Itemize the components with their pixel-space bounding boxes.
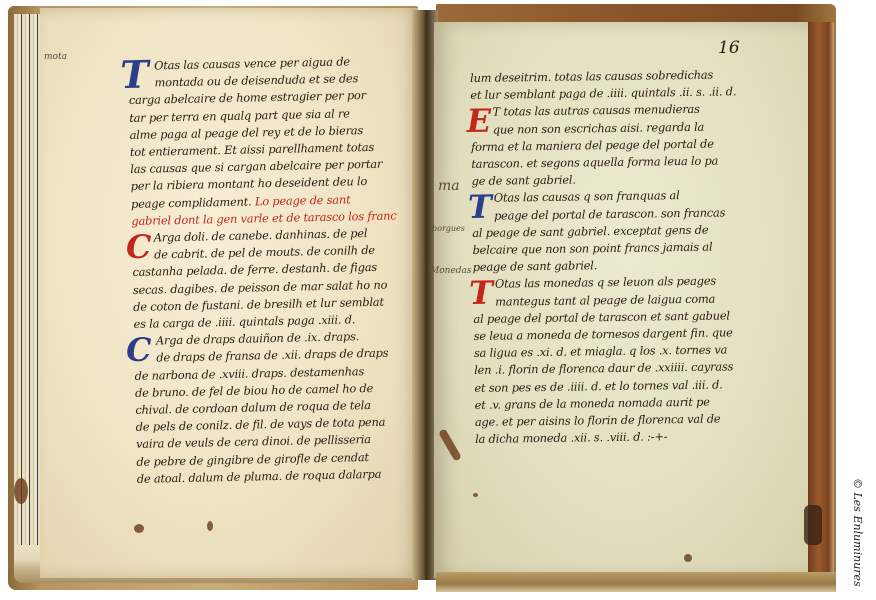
- decorated-initial: T: [468, 188, 492, 226]
- right-margin-note: borgues: [432, 224, 465, 233]
- stain: [207, 521, 213, 531]
- right-binding-edge: [808, 22, 834, 578]
- text-line: que non son escrichas aisi. regarda la: [493, 118, 751, 139]
- manuscript-photo: mota T Otas las causas vence per aigua d…: [0, 0, 876, 600]
- copyright-text: © Les Enluminures: [851, 478, 864, 587]
- copyright-credit: © Les Enluminures: [852, 478, 866, 590]
- decorated-initial: C: [126, 331, 152, 370]
- stain: [14, 478, 28, 504]
- folio-number: 16: [718, 38, 740, 58]
- right-page-text: lum deseitrim. totas las causas sobredic…: [470, 66, 755, 448]
- decorated-initial: E: [466, 102, 491, 140]
- left-margin-note: mota: [44, 52, 67, 62]
- right-margin-note: Monedas: [430, 266, 472, 276]
- right-margin-note: ma: [438, 178, 460, 194]
- text-line: mantegus tant al peage de laigua coma: [495, 290, 753, 311]
- stain: [473, 493, 478, 497]
- stain: [684, 554, 692, 562]
- stain: [804, 505, 822, 545]
- bottom-binding-edge: [436, 572, 836, 592]
- stain: [134, 524, 144, 533]
- rubric: Lo peage de sant: [255, 192, 351, 208]
- decorated-initial: T: [120, 52, 149, 98]
- decorated-initial: T: [469, 274, 493, 312]
- text-line: peage del portal de tarascon. son franca…: [494, 204, 752, 225]
- left-page-text: T Otas las causas vence per aigua de mon…: [128, 52, 407, 488]
- text-fragment: peage complidament.: [131, 194, 252, 211]
- decorated-initial: C: [126, 228, 152, 267]
